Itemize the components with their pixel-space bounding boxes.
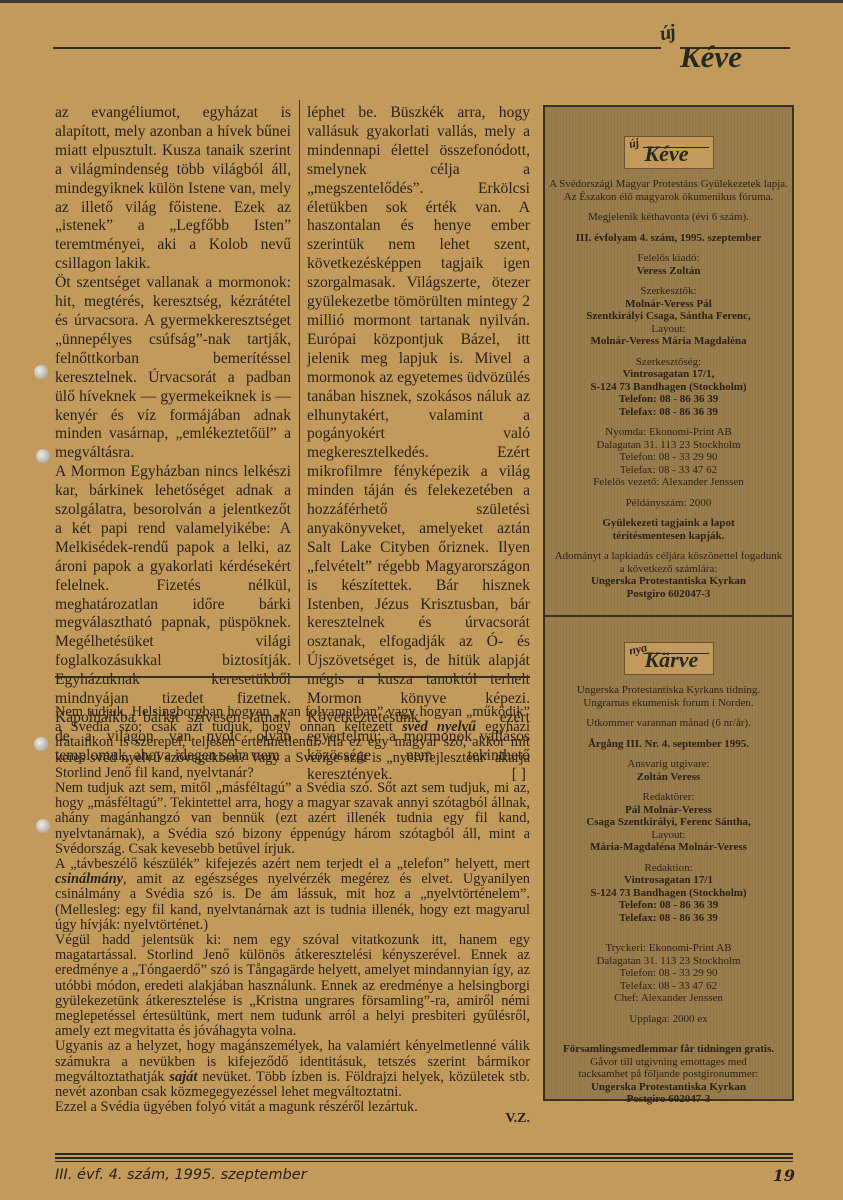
- page-number: 19: [760, 1166, 795, 1185]
- scan-top-edge: [0, 0, 843, 3]
- punch-hole: [34, 365, 48, 379]
- paragraph: A „távbeszélő készülék” kifejezés azért …: [55, 857, 530, 933]
- issue-info: III. évf. 4. szám, 1995. szeptember: [55, 1167, 307, 1183]
- section-rule: [55, 676, 530, 678]
- paragraph: az evangéliumot, egyházat is alapított, …: [55, 104, 291, 274]
- paragraph: Nem tudjuk azt sem, mitől „másféltagú” a…: [55, 781, 530, 857]
- footer-rule: [55, 1161, 793, 1162]
- paragraph: Ugyanis az a helyzet, hogy magánszemélye…: [55, 1039, 530, 1100]
- article-column-1: az evangéliumot, egyházat is alapított, …: [55, 104, 291, 766]
- logo-title: Kéve: [680, 41, 742, 72]
- masthead-hungarian: új Kéve A Svédországi Magyar Protestáns …: [543, 105, 794, 617]
- paragraph: léphet be. Büszkék arra, hogy vallásuk g…: [307, 104, 530, 785]
- article-column-2: léphet be. Büszkék arra, hogy vallásuk g…: [307, 104, 530, 785]
- author-signature: V.Z.: [470, 1111, 530, 1127]
- header-rule: [53, 47, 661, 49]
- masthead-logo: nya Kärve: [624, 642, 714, 675]
- punch-hole: [36, 819, 50, 833]
- punch-hole: [36, 449, 50, 463]
- column-divider: [299, 100, 300, 665]
- footer-rule: [55, 1157, 793, 1159]
- masthead-swedish: nya Kärve Ungerska Protestantiska Kyrkan…: [543, 615, 794, 1101]
- masthead-logo: új Kéve: [624, 136, 714, 169]
- punch-hole: [34, 737, 48, 751]
- paragraph: Nem tudjuk, Helsingborgban hogyan „van f…: [55, 705, 530, 781]
- footer-rule: [55, 1153, 793, 1155]
- logo-small-text: új: [658, 21, 677, 47]
- article-svedia: Nem tudjuk, Helsingborgban hogyan „van f…: [55, 705, 530, 1115]
- paragraph: Öt szentséget vallanak a mormonok: hit, …: [55, 274, 291, 463]
- paragraph: Végül hadd jelentsük ki: nem egy szóval …: [55, 933, 530, 1039]
- paragraph: Ezzel a Svédia ügyében folyó vitát a mag…: [55, 1100, 530, 1115]
